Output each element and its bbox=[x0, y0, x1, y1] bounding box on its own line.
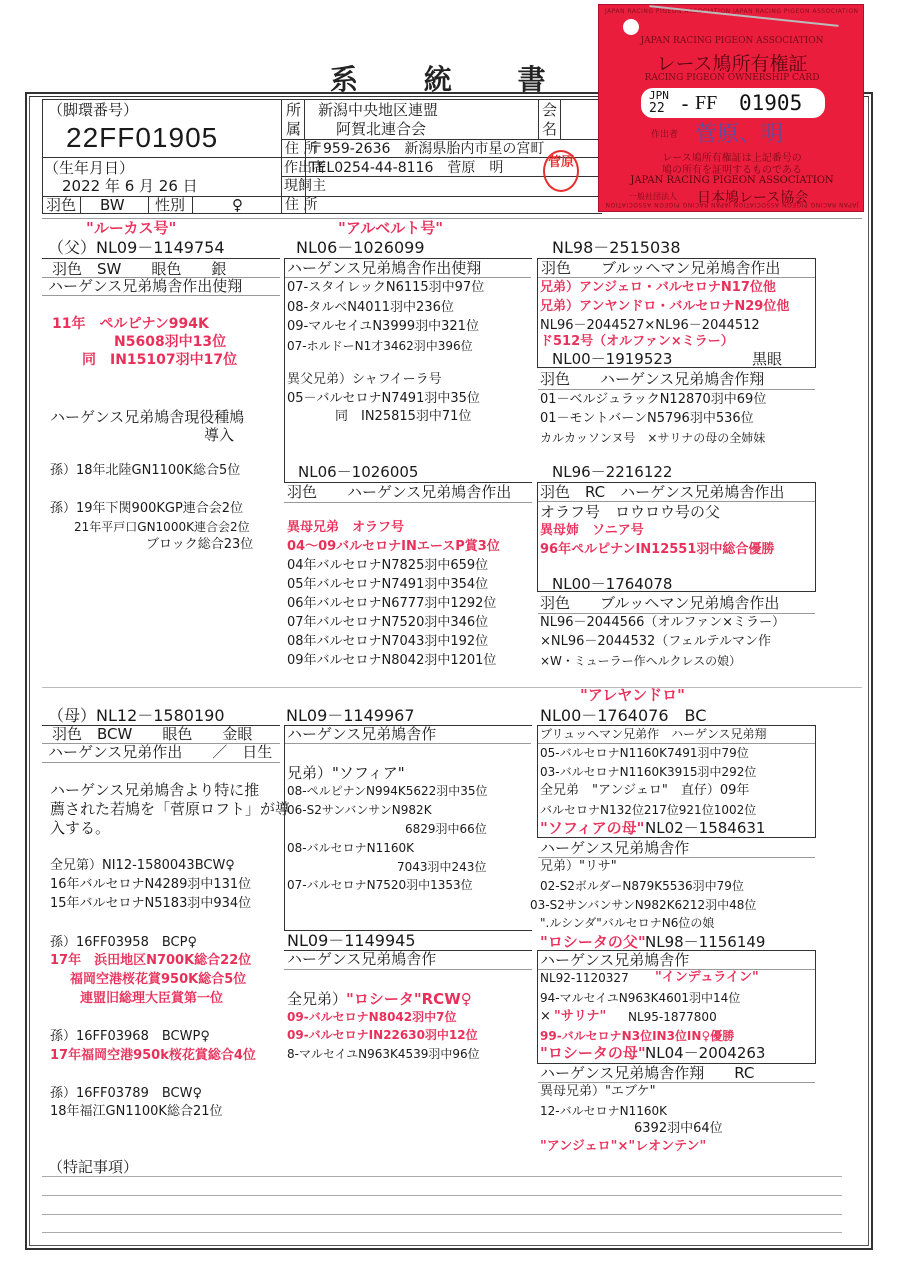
ddd-result: 12-バルセロナN1160K bbox=[540, 1103, 667, 1119]
dss-result: 03-バルセロナN1160K3915羽中292位 bbox=[540, 764, 756, 780]
sire-sire-result: 07-スタイレックN6115羽中97位 bbox=[287, 280, 484, 296]
sdd-line: ×NL96－2044532（フェルテルマン作 bbox=[540, 634, 771, 650]
divider bbox=[148, 196, 149, 213]
grandchild-result: 21年平戸口GN1000K連合会2位 bbox=[74, 519, 250, 535]
dds-parent-id: NL92-1120327 bbox=[540, 970, 629, 986]
card-footer-en: JAPAN RACING PIGEON ASSOCIATION bbox=[599, 175, 864, 186]
sire-dam-red-line: 異母兄弟 オラフ号 bbox=[287, 520, 404, 536]
divider bbox=[282, 196, 602, 197]
ssd-origin: 羽色 ハーゲンス兄弟鳩舎作翔 bbox=[540, 370, 764, 388]
divider bbox=[538, 1082, 815, 1083]
card-org-en: JAPAN RACING PIGEON ASSOCIATION bbox=[599, 36, 864, 46]
sire-dam-result: 04年バルセロナN7825羽中659位 bbox=[287, 558, 488, 574]
dss-origin: ブリュッヘマン兄弟作 ハーゲンス兄弟翔 bbox=[540, 726, 767, 742]
dsd-origin: ハーゲンス兄弟鳩舎作 bbox=[540, 839, 689, 857]
sire-dam-result: 07年バルセロナN7520羽中346位 bbox=[287, 615, 488, 631]
card-dash: - bbox=[679, 92, 691, 116]
card-footer-prefix: 一般社団法人 bbox=[629, 191, 677, 202]
affiliation-label: 所 bbox=[286, 101, 301, 119]
sire-dam-result: 09年バルセロナN8042羽中1201位 bbox=[287, 653, 496, 669]
address-value: 〒959-2636 新潟県胎内市星の宮町 bbox=[309, 141, 544, 157]
dsd-result: 03-S2サンバンサンN982K6212羽中48位 bbox=[530, 897, 756, 913]
sire-result: 同 IN15107羽中17位 bbox=[82, 352, 237, 368]
divider bbox=[538, 501, 815, 502]
sex-label: 性別 bbox=[155, 196, 185, 214]
sds-note: オラフ号 ロウロウ号の父 bbox=[540, 503, 720, 521]
divider bbox=[42, 762, 280, 763]
ssd-ring-id: NL00－1919523 bbox=[552, 350, 672, 368]
sire-sire-ring-id: NL06－1026099 bbox=[296, 238, 425, 257]
affiliation-federation: 新潟中央地区連盟 bbox=[318, 101, 438, 119]
dam-color-eye: 羽色 BCW 眼色 金眼 bbox=[52, 725, 252, 743]
divider bbox=[42, 258, 280, 259]
dam-sire-origin: ハーゲンス兄弟鳩舎作 bbox=[287, 725, 436, 743]
dam-dam-sibling-prefix: 全兄弟） bbox=[287, 990, 347, 1008]
grandchild-label: 孫）16FF03958 BCP♀ bbox=[50, 935, 197, 951]
divider bbox=[538, 389, 815, 390]
sire-result: N5608羽中13位 bbox=[114, 334, 226, 350]
sds-ring-id: NL96－2216122 bbox=[552, 463, 672, 481]
remarks-label: （特記事項） bbox=[48, 1158, 138, 1176]
grandchild-red-result: 連盟旧総理大臣賞第一位 bbox=[80, 991, 223, 1007]
ssd-result: 01－モントバーンN5796羽中536位 bbox=[540, 411, 754, 427]
sss-cross: NL96－2044527×NL96－2044512 bbox=[540, 318, 760, 334]
sire-color-eye: 羽色 SW 眼色 銀 bbox=[52, 260, 226, 278]
dds-origin: ハーゲンス兄弟鳩舎作 bbox=[540, 951, 689, 969]
divider bbox=[304, 99, 305, 139]
dam-sire-result: 7043羽中243位 bbox=[397, 859, 486, 875]
ddd-sibling: 異母兄弟）"エブケ" bbox=[540, 1084, 656, 1100]
sdd-ring-id: NL00－1764078 bbox=[552, 575, 672, 593]
dsd-result: 02-S2ボルダーN879K5536羽中79位 bbox=[540, 878, 744, 894]
divider bbox=[538, 277, 815, 278]
card-footer-ja: 日本鳩レース協会 bbox=[697, 187, 808, 207]
remarks-line bbox=[42, 1176, 842, 1177]
sire-sire-sibling-result: 同 IN25815羽中71位 bbox=[335, 409, 471, 425]
seal-stamp: 菅原 bbox=[543, 150, 579, 192]
grandchild-red-result: 17年 浜田地区N700K総合22位 bbox=[50, 953, 251, 969]
sire-dam-ring-id: NL06－1026005 bbox=[298, 463, 418, 481]
club-name-label: 会 bbox=[542, 101, 557, 119]
current-owner-label: 現飼主 bbox=[284, 178, 326, 194]
divider bbox=[560, 99, 561, 139]
club-name-label: 名 bbox=[542, 120, 557, 138]
ddd-result: 6392羽中64位 bbox=[634, 1121, 723, 1137]
divider bbox=[284, 502, 532, 503]
sire-sire-result: 09-マルセイユN3999羽中321位 bbox=[287, 319, 479, 335]
dam-origin: ハーゲンス兄弟作出 ／ 日生 bbox=[48, 743, 272, 761]
sire-dam-origin: 羽色 ハーゲンス兄弟鳩舎作出 bbox=[287, 483, 511, 501]
card-punch-hole bbox=[623, 19, 639, 35]
ssd-result: カルカッソンヌ号 ×サリナの母の全姉妹 bbox=[540, 430, 765, 446]
birth-date-label: （生年月日） bbox=[44, 159, 134, 177]
sds-red-line: 96年ペルピナンIN12551羽中総合優勝 bbox=[540, 542, 774, 558]
dsd-red-name: "ソフィアの母" bbox=[540, 819, 644, 837]
card-breeder-label: 作出者 bbox=[651, 127, 678, 140]
section-divider bbox=[42, 687, 862, 688]
divider bbox=[42, 157, 281, 158]
card-number: 01905 bbox=[739, 91, 802, 115]
dss-ring-id: NL00－1764076 BC bbox=[540, 706, 706, 725]
sex-value: ♀ bbox=[232, 196, 243, 214]
dam-ring-id: （母）NL12－1580190 bbox=[48, 706, 225, 725]
dam-sibling: 15年バルセロナN5183羽中934位 bbox=[50, 896, 251, 912]
sire-sire-origin: ハーゲンス兄弟鳩舎作出使翔 bbox=[287, 259, 481, 277]
dds-red-name: "ロシータの父" bbox=[540, 933, 646, 951]
dss-result: 05-バルセロナN1160K7491羽中79位 bbox=[540, 745, 749, 761]
dsd-result: ".ルシンダ"バルセロナN6位の娘 bbox=[540, 915, 714, 931]
dam-dam-sibling-name: "ロシータ"RCW♀ bbox=[346, 990, 472, 1008]
divider bbox=[538, 857, 815, 858]
sds-red-line: 異母姉 ソニア号 bbox=[540, 523, 644, 539]
card-breeder-handwritten: 菅原、明 bbox=[695, 117, 783, 148]
sss-ring-id: NL98－2515038 bbox=[552, 238, 681, 257]
sdd-line: NL96－2044566（オルファン×ミラー） bbox=[540, 615, 785, 631]
sire-sire-sibling: 異父兄弟）シャフイーラ号 bbox=[287, 372, 442, 388]
dam-sire-result: 08-バルセロナN1160K bbox=[287, 840, 414, 856]
divider bbox=[285, 743, 531, 744]
sds-origin: 羽色 RC ハーゲンス兄弟鳩舎作出 bbox=[540, 483, 784, 501]
dds-ring-id: NL98－1156149 bbox=[645, 933, 765, 951]
ssd-result: 01－ベルジュラックN12870羽中69位 bbox=[540, 392, 766, 408]
grandchild-red-result: 福岡空港桜花賞950K総合5位 bbox=[70, 972, 246, 988]
dss-result: 全兄弟 "アンジェロ" 直仔）09年 bbox=[540, 783, 749, 799]
divider bbox=[538, 613, 815, 614]
dam-note: 入する。 bbox=[50, 819, 110, 837]
dam-sibling: 16年バルセロナN4289羽中131位 bbox=[50, 877, 251, 893]
sss-red-cross: ド512号（オルファン×ミラー） bbox=[540, 334, 734, 350]
sire-ring-id: （父）NL09－1149754 bbox=[48, 238, 225, 257]
divider bbox=[284, 969, 532, 970]
ddd-red-name: "ロシータの母" bbox=[540, 1044, 646, 1062]
divider bbox=[42, 99, 602, 100]
divider bbox=[285, 277, 531, 278]
ownership-card: JAPAN RACING PIGEON ASSOCIATION JAPAN RA… bbox=[598, 4, 864, 212]
sire-result: 11年 ペルピナン994K bbox=[52, 316, 209, 332]
owner-address-label: 住 所 bbox=[285, 197, 317, 213]
sire-note: 導入 bbox=[204, 426, 234, 444]
sire-origin: ハーゲンス兄弟鳩舎作出使翔 bbox=[48, 277, 242, 295]
sdd-line: ×W・ミューラー作ヘルクレスの娘） bbox=[540, 653, 741, 669]
grandchild-result: 18年福江GN1100K総合21位 bbox=[50, 1104, 223, 1120]
ring-number-label: （脚環番号） bbox=[48, 101, 138, 119]
sss-origin: 羽色 ブルッヘマン兄弟鳩舎作出 bbox=[541, 259, 780, 277]
dds-red-result: 99-バルセロナN3位IN3位IN♀優勝 bbox=[540, 1028, 734, 1044]
sss-red-line: 兄弟）アンジェロ・バルセロナN17位他 bbox=[540, 280, 776, 296]
remarks-line bbox=[42, 1195, 842, 1196]
dds-parent-name: "インデュライン" bbox=[655, 970, 759, 986]
divider bbox=[42, 213, 602, 214]
sire-dam-result: 05年バルセロナN7491羽中354位 bbox=[287, 577, 488, 593]
feather-color-value: BW bbox=[100, 196, 125, 214]
ring-number: 22FF01905 bbox=[66, 122, 218, 154]
divider bbox=[42, 99, 43, 214]
grandchild-result: 孫）19年下関900KGP連合会2位 bbox=[50, 501, 243, 517]
ddd-origin: ハーゲンス兄弟鳩舎作翔 RC bbox=[540, 1064, 754, 1082]
sss-red-line: 兄弟）アンヤンドロ・バルセロナN29位他 bbox=[540, 299, 789, 315]
dam-sire-result: 08-ペルピナンN994K5622羽中35位 bbox=[287, 783, 488, 799]
dam-sire-result: 06-S2サンバンサンN982K bbox=[287, 802, 432, 818]
divider bbox=[42, 295, 280, 296]
grandchild-label: 孫）16FF03789 BCW♀ bbox=[50, 1086, 202, 1102]
ddd-red-cross: "アンジェロ"×"レオンテン" bbox=[540, 1139, 706, 1155]
sire-dam-result: 06年バルセロナN6777羽中1292位 bbox=[287, 596, 496, 612]
divider bbox=[284, 458, 285, 482]
dsd-sibling: 兄弟）"リサ" bbox=[540, 859, 617, 875]
dss-name: "アレヤンドロ" bbox=[580, 686, 685, 704]
sdd-origin: 羽色 ブルッヘマン兄弟鳩舎作出 bbox=[540, 594, 779, 612]
dam-dam-ring-id: NL09－1149945 bbox=[287, 931, 416, 950]
feather-color-label: 羽色 bbox=[46, 196, 76, 214]
sire-sire-sibling-result: 05－バルセロナN7491羽中35位 bbox=[287, 391, 480, 407]
card-title-ja: レース鳩所有権証 bbox=[599, 49, 864, 76]
dds-cross-prefix: × bbox=[540, 1009, 551, 1025]
dam-dam-red-result: 09-バルセロナIN22630羽中12位 bbox=[287, 1027, 478, 1043]
dam-sire-result: 07-バルセロナN7520羽中1353位 bbox=[287, 877, 473, 893]
divider bbox=[282, 139, 602, 140]
divider bbox=[192, 196, 193, 213]
dam-note: ハーゲンス兄弟鳩舎より特に推 bbox=[50, 781, 259, 799]
grandchild-result: 孫）18年北陸GN1100K総合5位 bbox=[50, 463, 240, 479]
grandchild-red-result: 17年福岡空港950k桜花賞総合4位 bbox=[50, 1048, 256, 1064]
affiliation-label: 属 bbox=[286, 120, 301, 138]
card-number-box: JPN 22 - FF 01905 bbox=[641, 88, 825, 118]
sire-name: "ルーカス号" bbox=[86, 219, 176, 237]
dam-sibling: 全兄第）NI12-1580043BCW♀ bbox=[50, 858, 235, 874]
dam-dam-red-result: 09-バルセロナN8042羽中7位 bbox=[287, 1009, 456, 1025]
dam-sire-sibling: 兄弟）"ソフィア" bbox=[287, 764, 405, 782]
birth-date: 2022 年 6 月 26 日 bbox=[62, 177, 198, 195]
breeder-value: TEL0254-44-8116 菅原 明 bbox=[309, 160, 503, 176]
card-series: FF bbox=[695, 92, 717, 115]
dds-cross-id: NL95-1877800 bbox=[628, 1009, 717, 1025]
divider bbox=[538, 99, 539, 139]
grandchild-result: ブロック総合23位 bbox=[146, 537, 253, 553]
dam-sire-result: 6829羽中66位 bbox=[405, 821, 487, 837]
dsd-ring-id: NL02－1584631 bbox=[645, 819, 765, 837]
dds-cross-name: "サリナ" bbox=[554, 1009, 606, 1025]
dam-dam-origin: ハーゲンス兄弟鳩舎作 bbox=[287, 950, 436, 968]
sire-dam-result: 08年バルセロナN7043羽中192位 bbox=[287, 634, 488, 650]
ssd-eye: 黒眼 bbox=[752, 350, 782, 368]
divider bbox=[80, 196, 81, 213]
remarks-line bbox=[42, 1232, 842, 1233]
remarks-line bbox=[42, 1214, 842, 1215]
sire-sire-result: 07-ホルドーN1才3462羽中396位 bbox=[287, 338, 473, 354]
dam-note: 薦された若鳩を「菅原ロフト」が導 bbox=[50, 800, 290, 818]
divider bbox=[538, 743, 815, 744]
sire-sire-result: 08-タルベN4011羽中236位 bbox=[287, 300, 454, 316]
dss-result: バルセロナN132位217位921位1002位 bbox=[540, 802, 756, 818]
dam-dam-result: 8-マルセイユN963K4539羽中96位 bbox=[287, 1046, 480, 1062]
card-year: 22 bbox=[649, 102, 665, 116]
dam-sire-ring-id: NL09－1149967 bbox=[286, 706, 415, 725]
card-note-line2: 鳩の所有を証明するものである bbox=[599, 161, 864, 176]
sire-dam-red-line: 04～09バルセロナINエースP賞3位 bbox=[287, 539, 500, 555]
grandchild-label: 孫）16FF03968 BCWP♀ bbox=[50, 1029, 210, 1045]
affiliation-club: 阿賀北連合会 bbox=[336, 120, 426, 138]
dds-result: 94-マルセイユN963K4601羽中14位 bbox=[540, 990, 740, 1006]
card-title-en: RACING PIGEON OWNERSHIP CARD bbox=[599, 73, 864, 83]
ddd-ring-id: NL04－2004263 bbox=[645, 1044, 765, 1062]
sire-note: ハーゲンス兄弟鳩舎現役種鳩 bbox=[50, 408, 244, 426]
sire-sire-name: "アルベルト号" bbox=[338, 219, 443, 237]
